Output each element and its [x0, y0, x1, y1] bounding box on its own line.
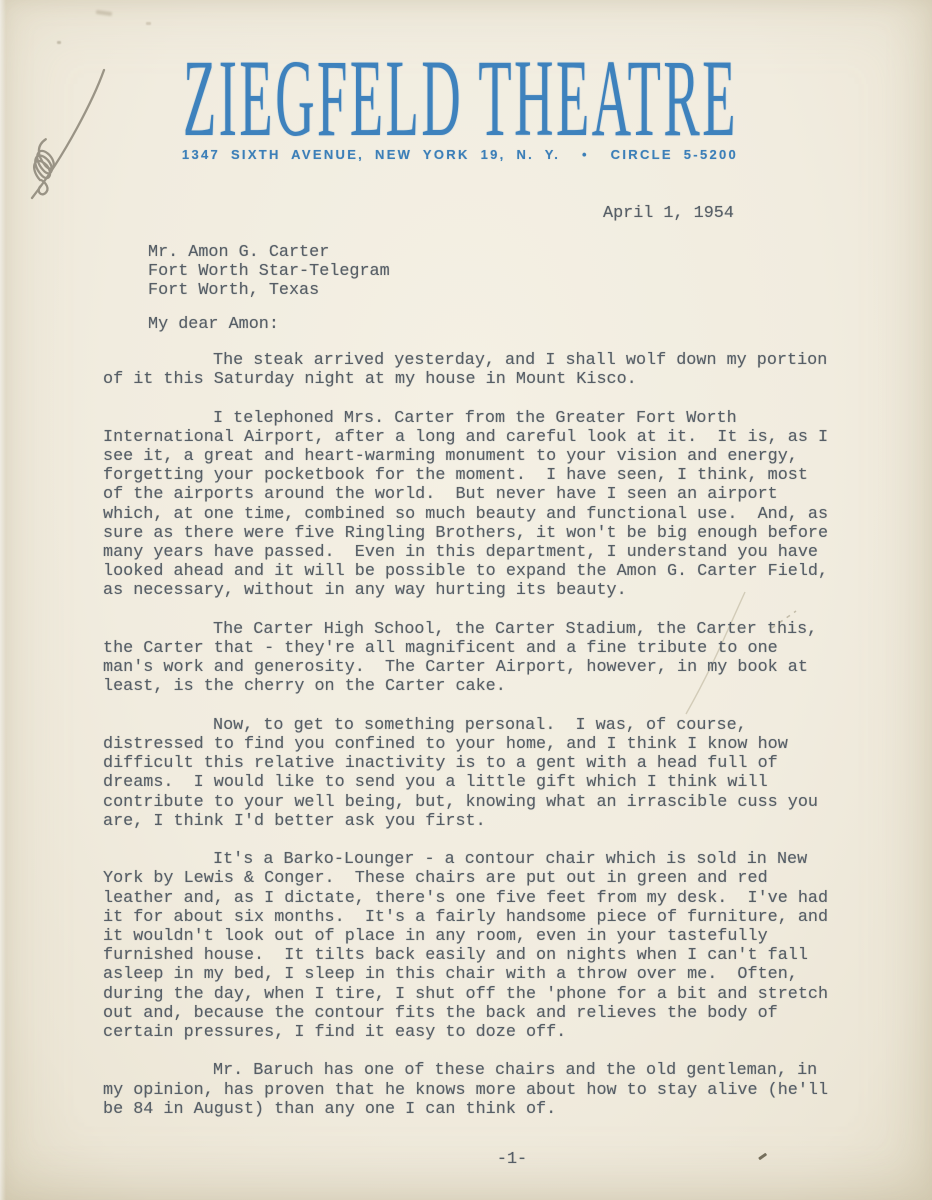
- letter-date: April 1, 1954: [603, 204, 734, 223]
- letter-line: are, I think I'd better ask you first.: [103, 812, 863, 831]
- scanned-letter-page: ZIEGFELD THEATRE 1347 SIXTH AVENUE, NEW …: [0, 0, 932, 1200]
- letter-line: man's work and generosity. The Carter Ai…: [103, 658, 863, 677]
- letter-line: which, at one time, combined so much bea…: [103, 505, 863, 524]
- letter-line: asleep in my bed, I sleep in this chair …: [103, 965, 863, 984]
- pencil-scribble-annotation: [18, 58, 133, 213]
- letter-line: distressed to find you confined to your …: [103, 735, 863, 754]
- letter-body: The steak arrived yesterday, and I shall…: [103, 351, 863, 1138]
- letter-line: forgetting your pocketbook for the momen…: [103, 466, 863, 485]
- letter-line: It's a Barko-Lounger - a contour chair w…: [103, 850, 863, 869]
- paper-smudge: [57, 41, 61, 44]
- letterhead-title: ZIEGFELD THEATRE: [182, 44, 737, 154]
- letter-line: my opinion, has proven that he knows mor…: [103, 1081, 863, 1100]
- letterhead-address: 1347 SIXTH AVENUE, NEW YORK 19, N. Y. • …: [0, 146, 932, 164]
- letter-line: dreams. I would like to send you a littl…: [103, 773, 863, 792]
- paragraph: Mr. Baruch has one of these chairs and t…: [103, 1061, 863, 1119]
- paragraph: The steak arrived yesterday, and I shall…: [103, 351, 863, 389]
- letter-line: International Airport, after a long and …: [103, 428, 863, 447]
- letter-line: of the airports around the world. But ne…: [103, 485, 863, 504]
- letter-line: during the day, when I tire, I shut off …: [103, 985, 863, 1004]
- letter-line: least, is the cherry on the Carter cake.: [103, 677, 863, 696]
- letter-line: sure as there were five Ringling Brother…: [103, 524, 863, 543]
- letter-line: be 84 in August) than any one I can thin…: [103, 1100, 863, 1119]
- letter-line: see it, a great and heart-warming monume…: [103, 447, 863, 466]
- letter-line: I telephoned Mrs. Carter from the Greate…: [103, 409, 863, 428]
- paragraph: The Carter High School, the Carter Stadi…: [103, 620, 863, 697]
- letter-line: leather and, as I dictate, there's one f…: [103, 889, 863, 908]
- letter-line: as necessary, without in any way hurting…: [103, 581, 863, 600]
- recipient-address-block: Mr. Amon G. Carter Fort Worth Star-Teleg…: [148, 243, 390, 301]
- paragraph: It's a Barko-Lounger - a contour chair w…: [103, 850, 863, 1042]
- letter-line: contribute to your well being, but, know…: [103, 793, 863, 812]
- salutation: My dear Amon:: [148, 315, 279, 334]
- letterhead: ZIEGFELD THEATRE: [0, 44, 932, 108]
- paper-smudge: [146, 22, 151, 25]
- paragraph: I telephoned Mrs. Carter from the Greate…: [103, 409, 863, 601]
- letter-line: of it this Saturday night at my house in…: [103, 370, 863, 389]
- letter-line: Now, to get to something personal. I was…: [103, 716, 863, 735]
- letter-line: it for about six months. It's a fairly h…: [103, 908, 863, 927]
- letterhead-address-line: 1347 SIXTH AVENUE, NEW YORK 19, N. Y. • …: [182, 147, 738, 162]
- page-number: -1-: [497, 1150, 527, 1169]
- letter-line: The steak arrived yesterday, and I shall…: [103, 351, 863, 370]
- letter-line: many years have passed. Even in this dep…: [103, 543, 863, 562]
- letter-line: Mr. Baruch has one of these chairs and t…: [103, 1061, 863, 1080]
- letter-line: difficult this relative inactivity is to…: [103, 754, 863, 773]
- letter-line: the Carter that - they're all magnificen…: [103, 639, 863, 658]
- letter-line: looked ahead and it will be possible to …: [103, 562, 863, 581]
- letter-line: certain pressures, I find it easy to doz…: [103, 1023, 863, 1042]
- letter-line: The Carter High School, the Carter Stadi…: [103, 620, 863, 639]
- letter-line: out and, because the contour fits the ba…: [103, 1004, 863, 1023]
- letter-line: it wouldn't look out of place in any roo…: [103, 927, 863, 946]
- paper-smudge: [96, 10, 112, 16]
- paragraph: Now, to get to something personal. I was…: [103, 716, 863, 831]
- letter-line: York by Lewis & Conger. These chairs are…: [103, 869, 863, 888]
- ink-speck: [758, 1153, 767, 1160]
- letter-line: furnished house. It tilts back easily an…: [103, 946, 863, 965]
